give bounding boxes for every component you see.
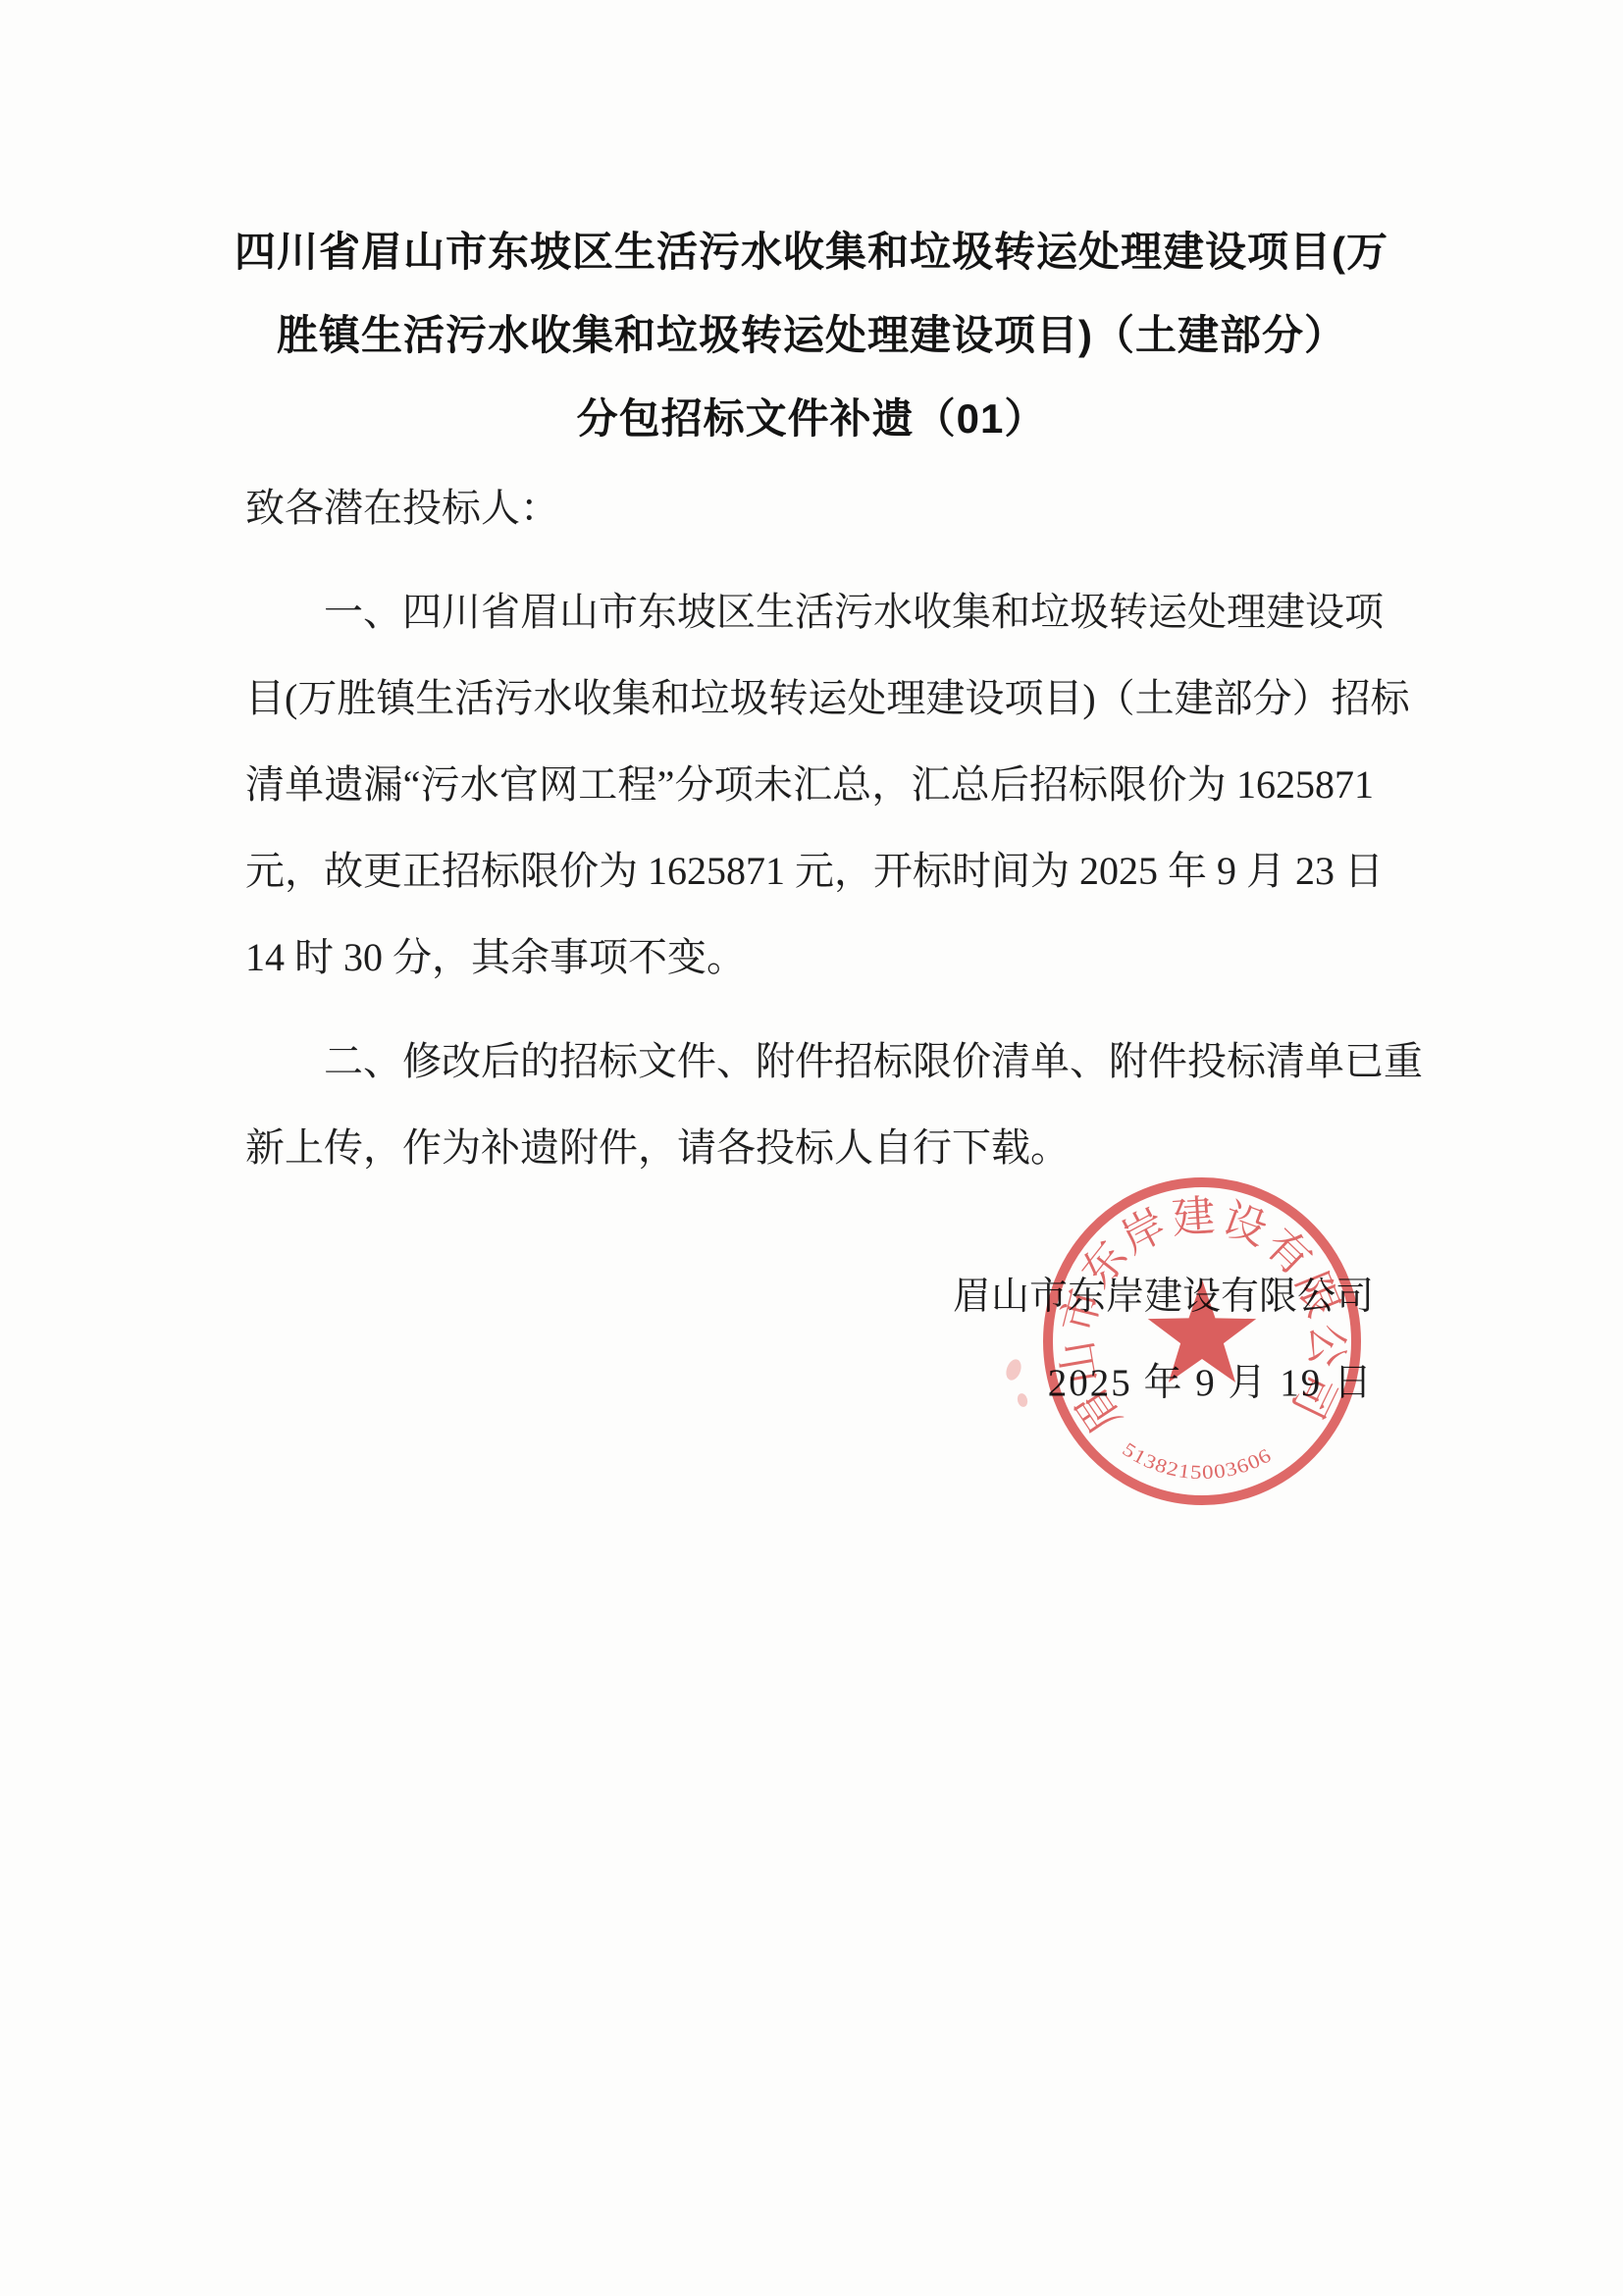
paragraph-1-line: 清单遗漏“污水官网工程”分项未汇总，汇总后招标限价为 1625871 — [245, 742, 1374, 828]
title-line-2: 胜镇生活污水收集和垃圾转运处理建设项目)（土建部分） — [118, 293, 1505, 377]
title-line-3: 分包招标文件补遗（01） — [118, 377, 1505, 460]
paragraph-1-line: 一、四川省眉山市东坡区生活污水收集和垃圾转运处理建设项 — [245, 569, 1374, 655]
salutation: 致各潜在投标人： — [245, 465, 1374, 551]
paragraph-1-line: 目(万胜镇生活污水收集和垃圾转运处理建设项目)（土建部分）招标 — [245, 655, 1374, 742]
company-seal-stamp: 眉山市东岸建设有限公司 5138215003606 — [1033, 1168, 1371, 1515]
title-line-1: 四川省眉山市东坡区生活污水收集和垃圾转运处理建设项目(万 — [118, 210, 1505, 293]
seal-star-icon — [1148, 1279, 1256, 1383]
paragraph-1-line: 14 时 30 分，其余事项不变。 — [245, 914, 1374, 1001]
document-title: 四川省眉山市东坡区生活污水收集和垃圾转运处理建设项目(万 胜镇生活污水收集和垃圾… — [118, 210, 1505, 460]
paragraph-1-line: 元，故更正招标限价为 1625871 元，开标时间为 2025 年 9 月 23… — [245, 828, 1374, 914]
paragraph-2: 二、修改后的招标文件、附件招标限价清单、附件投标清单已重 新上传，作为补遗附件，… — [245, 1018, 1374, 1191]
document-page: 四川省眉山市东坡区生活污水收集和垃圾转运处理建设项目(万 胜镇生活污水收集和垃圾… — [0, 0, 1623, 2296]
paragraph-1: 一、四川省眉山市东坡区生活污水收集和垃圾转运处理建设项 目(万胜镇生活污水收集和… — [245, 569, 1374, 1001]
paragraph-2-line: 二、修改后的招标文件、附件招标限价清单、附件投标清单已重 — [245, 1018, 1374, 1105]
seal-registration-number: 5138215003606 — [1119, 1438, 1276, 1484]
